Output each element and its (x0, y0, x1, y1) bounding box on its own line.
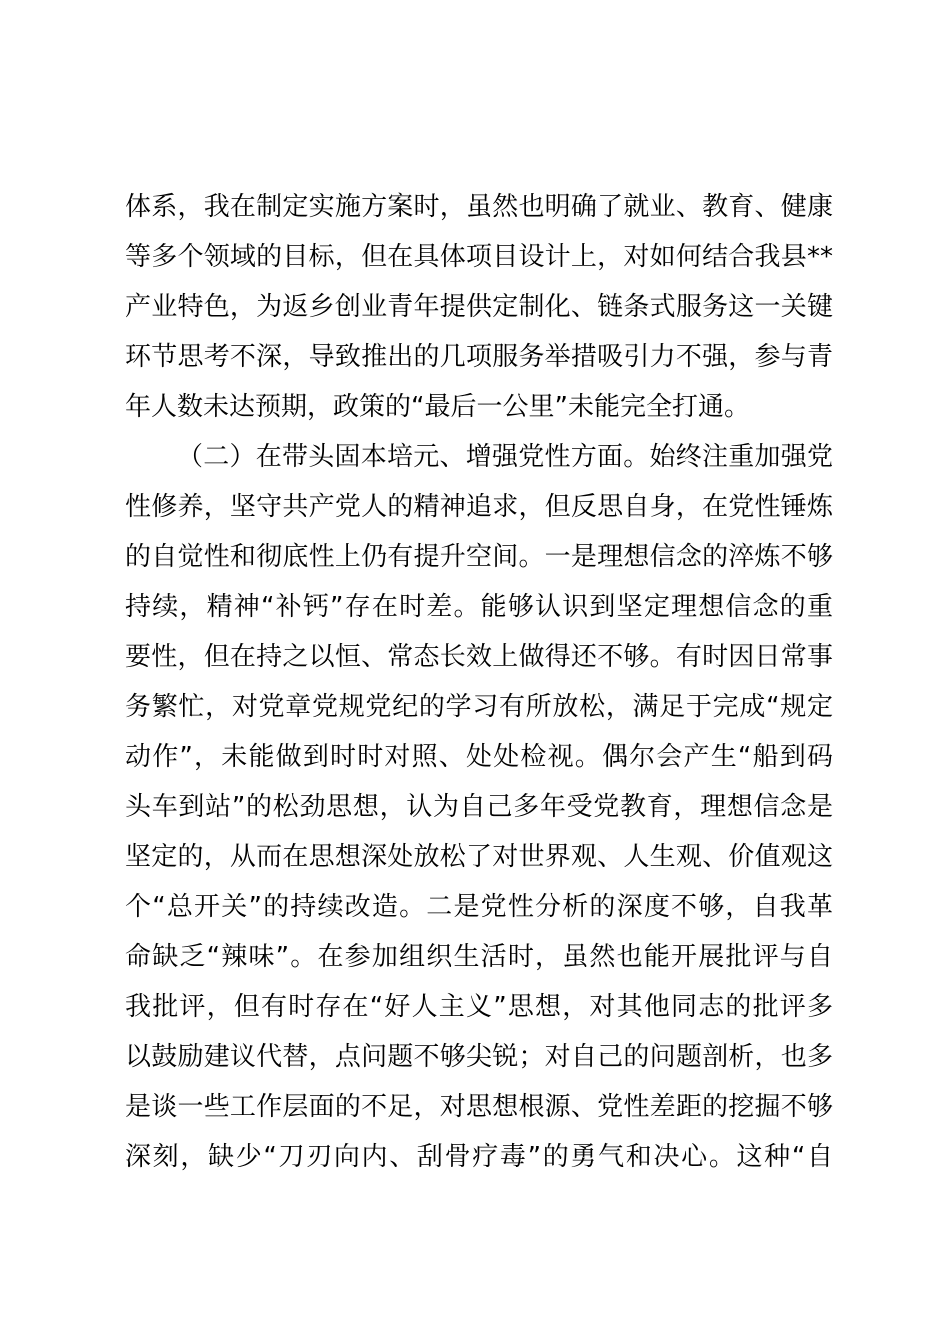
text-line: 深刻，缺少“刀刃向内、刮骨疗毒”的勇气和决心。这种“自 (125, 1132, 833, 1182)
document-page: 体系，我在制定实施方案时，虽然也明确了就业、教育、健康 等多个领域的目标，但在具… (0, 0, 950, 1344)
text-line: 是谈一些工作层面的不足，对思想根源、党性差距的挖掘不够 (125, 1082, 833, 1132)
text-line: 以鼓励建议代替，点问题不够尖锐；对自己的问题剖析，也多 (125, 1032, 833, 1082)
text-line: 动作”，未能做到时时对照、处处检视。偶尔会产生“船到码 (125, 732, 833, 782)
text-line: 产业特色，为返乡创业青年提供定制化、链条式服务这一关键 (125, 282, 833, 332)
text-line: 体系，我在制定实施方案时，虽然也明确了就业、教育、健康 (125, 182, 833, 232)
text-line: 要性，但在持之以恒、常态长效上做得还不够。有时因日常事 (125, 632, 833, 682)
text-line: 个“总开关”的持续改造。二是党性分析的深度不够，自我革 (125, 882, 833, 932)
text-line: 的自觉性和彻底性上仍有提升空间。一是理想信念的淬炼不够 (125, 532, 833, 582)
text-line: 坚定的，从而在思想深处放松了对世界观、人生观、价值观这 (125, 832, 833, 882)
text-line: 等多个领域的目标，但在具体项目设计上，对如何结合我县** (125, 232, 833, 282)
document-text-block: 体系，我在制定实施方案时，虽然也明确了就业、教育、健康 等多个领域的目标，但在具… (125, 182, 833, 1182)
text-line: 持续，精神“补钙”存在时差。能够认识到坚定理想信念的重 (125, 582, 833, 632)
text-line-paragraph-end: 年人数未达预期，政策的“最后一公里”未能完全打通。 (125, 382, 833, 432)
text-line: 命缺乏“辣味”。在参加组织生活时，虽然也能开展批评与自 (125, 932, 833, 982)
text-line-paragraph-start: （二）在带头固本培元、增强党性方面。始终注重加强党 (125, 432, 833, 482)
text-line: 性修养，坚守共产党人的精神追求，但反思自身，在党性锤炼 (125, 482, 833, 532)
text-line: 头车到站”的松劲思想，认为自己多年受党教育，理想信念是 (125, 782, 833, 832)
text-line: 环节思考不深，导致推出的几项服务举措吸引力不强，参与青 (125, 332, 833, 382)
text-line: 我批评，但有时存在“好人主义”思想，对其他同志的批评多 (125, 982, 833, 1032)
text-line: 务繁忙，对党章党规党纪的学习有所放松，满足于完成“规定 (125, 682, 833, 732)
